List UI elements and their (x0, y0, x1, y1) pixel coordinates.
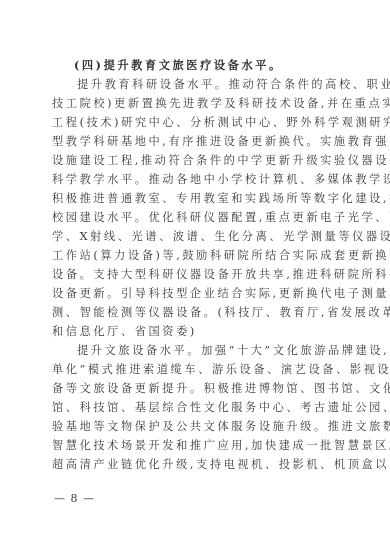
text-line: 验基地等文物保护及公共文体服务设施升级。推进文旅数字化、 (52, 417, 350, 436)
page-number: — 8 — (54, 492, 95, 505)
text-line: 技工院校)更新置换先进教学及科研技术设备,并在重点实验室、 (52, 94, 350, 113)
paragraph-tourism: 提升文旅设备水平。加强“十大”文化旅游品牌建设,以“清 单化”模式推进索道缆车、… (52, 341, 350, 474)
document-body: (四)提升教育文旅医疗设备水平。 提升教育科研设备水平。推动符合条件的高校、职业… (52, 56, 350, 474)
heading-text: (四)提升教育文旅医疗设备水平。 (52, 56, 350, 75)
section-heading: (四)提升教育文旅医疗设备水平。 (52, 56, 350, 75)
text-line: 科学教学水平。推动各地中小学校计算机、多媒体教学设备更新, (52, 170, 350, 189)
text-line: 学、X射线、光谱、波谱、生化分离、光学测量等仪器设备和计算机、 (52, 227, 350, 246)
text-line: 超高清产业链优化升级,支持电视机、投影机、机顶盒以及广播电 (52, 455, 350, 474)
text-line: 测、智能检测等仪器设备。(科技厅、教育厅,省发展改革委、经济 (52, 303, 350, 322)
text-line: 备等文旅设备更新提升。积极推进博物馆、图书馆、文化馆、体育 (52, 379, 350, 398)
text-line: 提升教育科研设备水平。推动符合条件的高校、职业学校(含 (52, 75, 350, 94)
paragraph-education: 提升教育科研设备水平。推动符合条件的高校、职业学校(含 技工院校)更新置换先进教… (52, 75, 350, 341)
document-page: (四)提升教育文旅医疗设备水平。 提升教育科研设备水平。推动符合条件的高校、职业… (0, 0, 390, 551)
text-line: 工程(技术)研究中心、分析测试中心、野外科学观测研究站及大 (52, 113, 350, 132)
text-line: 工作站(算力设备)等,鼓励科研院所结合实际成套更新换代科研 (52, 246, 350, 265)
text-line: 设备。支持大型科研仪器设备开放共享,推进科研院所科研仪器 (52, 265, 350, 284)
text-line: 校园建设水平。优化科研仪器配置,重点更新电子光学、离子光 (52, 208, 350, 227)
text-line: 设施建设工程,推动符合条件的中学更新升级实验仪器设备,提升 (52, 151, 350, 170)
text-line: 积极推进普通教室、专用教室和实践场所等数字化建设,提升数字 (52, 189, 350, 208)
text-line: 型教学科研基地中,有序推进设备更新换代。实施教育强国基础 (52, 132, 350, 151)
text-line: 单化”模式推进索道缆车、游乐设备、演艺设备、影视设备、安全设 (52, 360, 350, 379)
text-line: 智慧化技术场景开发和推广应用,加快建成一批智慧景区。推动 (52, 436, 350, 455)
text-line: 提升文旅设备水平。加强“十大”文化旅游品牌建设,以“清 (52, 341, 350, 360)
text-line: 和信息化厅、省国资委) (52, 322, 350, 341)
text-line: 设备更新。引导科技型企业结合实际,更新换代电子测量、无损检 (52, 284, 350, 303)
text-line: 馆、科技馆、基层综合性文化服务中心、考古遗址公园、非遗传承体 (52, 398, 350, 417)
